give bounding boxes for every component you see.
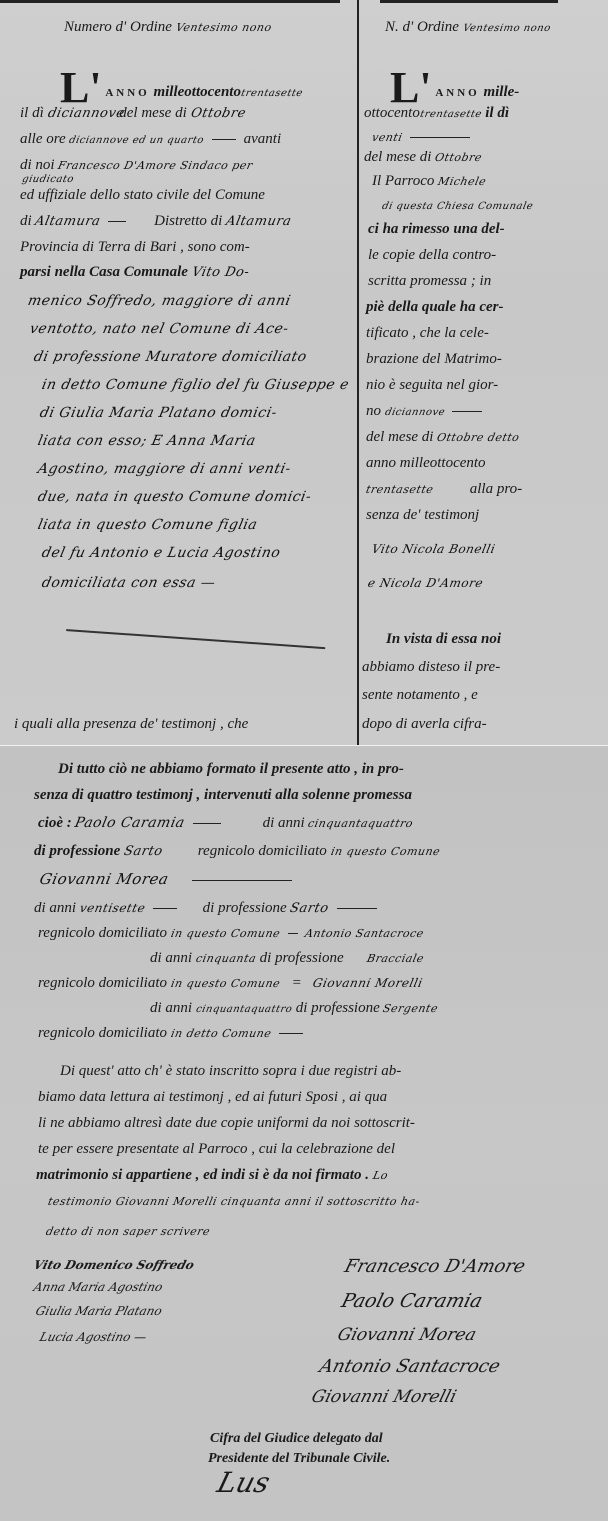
age-label: di anni bbox=[34, 900, 76, 916]
prof-label: di professione bbox=[203, 900, 287, 916]
district-hand: Altamura bbox=[224, 213, 293, 231]
vista-line-2: sente notamento , e bbox=[362, 686, 478, 704]
signature: Giovanni Morea bbox=[336, 1326, 479, 1344]
left-sig-0: Vito Domenico Soffredo bbox=[34, 1256, 194, 1274]
cifra-line-1: Cifra del Giudice delegato dal bbox=[210, 1430, 383, 1448]
body-hand-10: del fu Antonio e Lucia Agostino bbox=[42, 544, 280, 562]
day-label: il dì bbox=[20, 105, 44, 121]
left-sig-2: Giulia Maria Platano bbox=[36, 1302, 162, 1320]
witness-hand-2: e Nicola D'Amore bbox=[366, 574, 485, 592]
right-sig-4: Giovanni Morelli bbox=[312, 1388, 456, 1407]
note-line-3: detto di non saper scrivere bbox=[46, 1222, 210, 1241]
signature: Giulia Maria Platano bbox=[34, 1302, 165, 1320]
presenza-print: alla pro- bbox=[470, 481, 522, 497]
intro-line-1: Di tutto ciò ne abbiamo formato il prese… bbox=[58, 760, 404, 778]
right-print-text: scritta promessa ; in bbox=[368, 273, 491, 289]
testimoni-line: senza de' testimonj bbox=[366, 506, 479, 524]
prof-label: di professione bbox=[34, 843, 120, 859]
age-label: di anni bbox=[150, 950, 192, 966]
judge-signature: Lus bbox=[216, 1474, 272, 1492]
body-hand-text: liata con esso; E Anna Maria bbox=[36, 432, 257, 450]
dash bbox=[153, 908, 177, 909]
witness-hand-1-line: Vito Nicola Bonelli bbox=[372, 540, 495, 558]
witness-3-res: in questo Comune bbox=[169, 975, 282, 993]
witness-4-age: cinquantaquattro bbox=[194, 1001, 294, 1019]
witness-2-res: in questo Comune bbox=[169, 925, 282, 943]
right-print-line-3: piè della quale ha cer- bbox=[366, 298, 503, 316]
witness-4-res: in detto Comune bbox=[169, 1025, 273, 1043]
body-hand-3: di professione Muratore domiciliato bbox=[34, 348, 307, 366]
body-hand-text: di Giulia Maria Platano domici- bbox=[38, 404, 279, 422]
witness-hand-1: Vito Nicola Bonelli bbox=[370, 540, 497, 558]
witness-3-res-line: regnicolo domiciliato in questo Comune =… bbox=[38, 974, 423, 993]
dash bbox=[212, 139, 236, 140]
signature: Antonio Santacroce bbox=[318, 1358, 502, 1376]
witness-4-name: Giovanni Morelli bbox=[312, 974, 425, 992]
casa-line: parsi nella Casa Comunale Vito Do- bbox=[20, 263, 249, 282]
body-hand-11: domiciliata con essa — bbox=[42, 574, 215, 592]
right-print-line-5: brazione del Matrimo- bbox=[366, 350, 502, 368]
right-order-line: N. d' Ordine Ventesimo nono bbox=[385, 18, 550, 38]
left-sig-3: Lucia Agostino — bbox=[40, 1328, 146, 1346]
right-print-text: brazione del Matrimo- bbox=[366, 351, 502, 367]
witness-4-prof: Sergente bbox=[382, 1000, 441, 1018]
giorno-label: no bbox=[366, 403, 381, 419]
right-print-line-0: ci ha rimesso una del- bbox=[368, 220, 505, 238]
parroco-line: Il Parroco Michele bbox=[372, 172, 486, 191]
right-month-label: del mese di bbox=[364, 149, 431, 165]
note-hand-3: detto di non saper scrivere bbox=[44, 1223, 212, 1241]
left-sig-1: Anna Maria Agostino bbox=[34, 1278, 162, 1296]
body-hand-7: Agostino, maggiore di anni venti- bbox=[38, 460, 291, 478]
right-sig-2: Giovanni Morea bbox=[338, 1326, 476, 1345]
vista-text: abbiamo disteso il pre- bbox=[362, 659, 500, 675]
closing-print-right: dopo di averla cifra- bbox=[362, 716, 487, 732]
district-label: Distretto di bbox=[154, 213, 222, 229]
dash bbox=[337, 908, 377, 909]
equals-mark: = bbox=[292, 975, 302, 991]
order-label: Numero d' Ordine bbox=[64, 19, 172, 35]
dash bbox=[288, 933, 298, 934]
right-day-hand: venti bbox=[370, 129, 404, 147]
parroco-hand-2: di questa Chiesa Comunale bbox=[380, 198, 535, 216]
body-hand-9: liata in questo Comune figlia bbox=[38, 516, 257, 534]
anno-caps: ANNO bbox=[105, 87, 149, 99]
right-order-value: Ventesimo nono bbox=[461, 20, 552, 38]
witness-4-res-line: regnicolo domiciliato in detto Comune bbox=[38, 1024, 307, 1043]
note-line-2: testimonio Giovanni Morelli cinquanta an… bbox=[48, 1192, 420, 1211]
anno-line: anno milleottocento bbox=[366, 454, 486, 472]
body-hand-text: domiciliata con essa — bbox=[40, 574, 217, 592]
witness-1-prof-line: di professione Sarto regnicolo domicilia… bbox=[34, 842, 440, 861]
month2-hand: Ottobre detto bbox=[435, 429, 521, 447]
witness-1-line: cioè : Paolo Caramia di anni cinquantaqu… bbox=[38, 814, 413, 833]
reading-line-0: Di quest' atto ch' è stato inscritto sop… bbox=[60, 1062, 401, 1080]
right-sig-1: Paolo Caramia bbox=[342, 1292, 482, 1312]
month-hand: Ottobre bbox=[189, 105, 247, 123]
dash bbox=[452, 411, 482, 412]
witness-3-age-line: di anni cinquanta di professione Braccia… bbox=[150, 949, 424, 968]
dash bbox=[192, 880, 292, 881]
right-print-line-6: nio è seguita nel gior- bbox=[366, 376, 498, 394]
avanti-label: avanti bbox=[244, 131, 282, 147]
cifra-text: Presidente del Tribunale Civile. bbox=[208, 1451, 390, 1466]
witness-2-age-line: di anni ventisette di professione Sarto bbox=[34, 899, 381, 918]
testimoni-print: senza de' testimonj bbox=[366, 507, 479, 523]
vista-text: sente notamento , e bbox=[362, 687, 478, 703]
register-page-bottom: Di tutto ciò ne abbiamo formato il prese… bbox=[0, 746, 608, 1521]
witness-1-age: cinquantaquattro bbox=[307, 815, 416, 833]
column-divider bbox=[357, 0, 359, 745]
reading-text: te per essere presentate al Parroco , cu… bbox=[38, 1141, 395, 1157]
witness-1-res: in questo Comune bbox=[329, 843, 442, 861]
signature: Lucia Agostino — bbox=[38, 1328, 149, 1346]
reading-text: Di quest' atto ch' è stato inscritto sop… bbox=[60, 1063, 401, 1079]
witness-hand-2-line: e Nicola D'Amore bbox=[368, 574, 483, 592]
parroco-label: Il Parroco bbox=[372, 173, 434, 189]
province-print: Provincia di Terra di Bari , sono com- bbox=[20, 239, 250, 255]
body-hand-text: ventotto, nato nel Comune di Ace- bbox=[28, 320, 290, 338]
right-print-line-4: tificato , che la cele- bbox=[366, 324, 489, 342]
right-year-hand: trentasette bbox=[418, 106, 483, 124]
right-month-line: del mese di Ottobre bbox=[364, 148, 482, 167]
officer-hand: Francesco D'Amore Sindaco per bbox=[56, 157, 254, 175]
order-number-line: Numero d' Ordine Ventesimo nono bbox=[64, 18, 271, 37]
signature: Vito Domenico Soffredo bbox=[32, 1256, 197, 1274]
month2-label: del mese di bbox=[366, 429, 433, 445]
witness-2-age: ventisette bbox=[78, 899, 147, 917]
dash bbox=[279, 1033, 303, 1034]
witness-3-age: cinquanta bbox=[194, 950, 258, 968]
witness-2-prof: Sarto bbox=[288, 900, 330, 918]
hour-label: alle ore bbox=[20, 131, 66, 147]
signature: Paolo Caramia bbox=[340, 1292, 485, 1310]
parroco-hand: Michele bbox=[436, 173, 488, 191]
year-line: L' ANNO milleottocentotrentasette bbox=[60, 68, 303, 108]
body-hand-4: in detto Comune figlio del fu Giuseppe e bbox=[42, 376, 349, 394]
anno-hand: trentasette bbox=[364, 481, 468, 499]
right-print-text: tificato , che la cele- bbox=[366, 325, 489, 341]
right-print-text: piè della quale ha cer- bbox=[366, 299, 503, 315]
anno-print: anno milleottocento bbox=[366, 455, 486, 471]
witness-2-name: Giovanni Morea bbox=[38, 870, 170, 888]
cioe-label: cioè : bbox=[38, 815, 72, 831]
order-value: Ventesimo nono bbox=[174, 19, 273, 37]
body-hand-text: due, nata in questo Comune domici- bbox=[36, 488, 313, 506]
right-year-print-1: mille- bbox=[483, 84, 519, 100]
right-print-text: le copie della contro- bbox=[368, 247, 496, 263]
witness-4-age-line: di anni cinquantaquattro di professione … bbox=[150, 999, 438, 1019]
body-hand-text: menico Soffredo, maggiore di anni bbox=[26, 292, 292, 310]
month-label: del mese di bbox=[119, 105, 186, 121]
giorno-line: no diciannove bbox=[366, 402, 486, 422]
body-hand-text: Agostino, maggiore di anni venti- bbox=[36, 460, 293, 478]
dash bbox=[193, 823, 221, 824]
top-rule-right bbox=[380, 0, 558, 3]
age-label: di anni bbox=[150, 1000, 192, 1016]
day-line: il dì diciannove del mese di Ottobre bbox=[20, 104, 245, 123]
witness-3-prof: Bracciale bbox=[365, 950, 426, 968]
res-label: regnicolo domiciliato bbox=[38, 1025, 167, 1041]
reading-text: li ne abbiamo altresì date due copie uni… bbox=[38, 1115, 415, 1131]
signature: Francesco D'Amore bbox=[343, 1258, 527, 1276]
body-hand-text: liata in questo Comune figlia bbox=[36, 516, 259, 534]
vista-line-0: In vista di essa noi bbox=[386, 630, 501, 648]
closing-line-left: i quali alla presenza de' testimonj , ch… bbox=[14, 715, 248, 733]
note-hand-1: Lo bbox=[371, 1167, 390, 1185]
intro-line-2: senza di quattro testimonj , intervenuti… bbox=[34, 786, 412, 804]
groom-name-hand: Vito Do- bbox=[190, 264, 251, 282]
intro-text: senza di quattro testimonj , intervenuti… bbox=[34, 787, 412, 803]
right-month-hand: Ottobre bbox=[433, 149, 484, 167]
officer-print: ed uffiziale dello stato civile del Comu… bbox=[20, 187, 265, 203]
body-hand-1: menico Soffredo, maggiore di anni bbox=[28, 292, 291, 310]
intro-text: Di tutto ciò ne abbiamo formato il prese… bbox=[58, 761, 404, 777]
right-print-text: nio è seguita nel gior- bbox=[366, 377, 498, 393]
register-page-top: Numero d' Ordine Ventesimo nono L' ANNO … bbox=[0, 0, 608, 745]
right-sig-3: Antonio Santacroce bbox=[320, 1358, 499, 1377]
dash bbox=[410, 137, 470, 138]
hour-hand: diciannove ed un quarto bbox=[68, 132, 207, 150]
comune-line: di Altamura Distretto di Altamura bbox=[20, 212, 291, 231]
right-day-label: il dì bbox=[485, 105, 509, 121]
body-hand-6: liata con esso; E Anna Maria bbox=[38, 432, 256, 450]
reading-text: matrimonio si appartiene , ed indi si è … bbox=[36, 1167, 369, 1183]
res-label: regnicolo domiciliato bbox=[38, 925, 167, 941]
body-hand-2: ventotto, nato nel Comune di Ace- bbox=[30, 320, 289, 338]
age-label: di anni bbox=[263, 815, 305, 831]
comune-label: di bbox=[20, 213, 32, 229]
year-print: milleottocento bbox=[153, 84, 241, 100]
province-line: Provincia di Terra di Bari , sono com- bbox=[20, 238, 250, 256]
officer-print-line: ed uffiziale dello stato civile del Comu… bbox=[20, 186, 265, 204]
signature: Giovanni Morelli bbox=[310, 1388, 459, 1406]
witness-3-name: Antonio Santacroce bbox=[303, 925, 425, 943]
hour-line: alle ore diciannove ed un quarto avanti bbox=[20, 130, 281, 150]
month2-line: del mese di Ottobre detto bbox=[366, 428, 520, 447]
right-anno-caps: ANNO bbox=[435, 87, 479, 99]
right-sig-0: Francesco D'Amore bbox=[345, 1258, 525, 1277]
vista-text: In vista di essa noi bbox=[386, 631, 501, 647]
prof-label: di professione bbox=[260, 950, 344, 966]
dash bbox=[108, 221, 126, 222]
body-hand-text: in detto Comune figlio del fu Giuseppe e bbox=[40, 376, 351, 394]
res-label: regnicolo domiciliato bbox=[38, 975, 167, 991]
comune-hand: Altamura bbox=[34, 213, 103, 231]
year-hand: trentasette bbox=[239, 85, 304, 103]
body-hand-5: di Giulia Maria Platano domici- bbox=[40, 404, 277, 422]
body-hand-text: di professione Muratore domiciliato bbox=[32, 348, 308, 366]
witness-2-name-line: Giovanni Morea bbox=[40, 870, 296, 889]
closing-line-right: dopo di averla cifra- bbox=[362, 715, 487, 733]
note-hand-2: testimonio Giovanni Morelli cinquanta an… bbox=[46, 1193, 422, 1211]
witness-1-prof: Sarto bbox=[122, 843, 196, 861]
right-year-line-2: ottocentotrentasette il dì bbox=[364, 104, 509, 124]
giorno-hand: diciannove bbox=[383, 404, 447, 422]
prof-label: di professione bbox=[296, 1000, 380, 1016]
body-hand-text: del fu Antonio e Lucia Agostino bbox=[40, 544, 282, 562]
day-hand: diciannove bbox=[46, 105, 118, 123]
reading-line-2: li ne abbiamo altresì date due copie uni… bbox=[38, 1114, 415, 1132]
right-print-line-1: le copie della contro- bbox=[368, 246, 496, 264]
right-year-print-2: ottocento bbox=[364, 105, 420, 121]
right-print-line-2: scritta promessa ; in bbox=[368, 272, 491, 290]
reading-line-3: te per essere presentate al Parroco , cu… bbox=[38, 1140, 395, 1158]
right-order-label: N. d' Ordine bbox=[385, 19, 459, 35]
reading-line-1: biamo data lettura ai testimonj , ed ai … bbox=[38, 1088, 387, 1106]
cifra-sign-line: Lus bbox=[218, 1474, 269, 1497]
parroco-line-2: di questa Chiesa Comunale bbox=[382, 196, 533, 216]
body-hand-8: due, nata in questo Comune domici- bbox=[38, 488, 311, 506]
signature: Anna Maria Agostino bbox=[32, 1278, 165, 1296]
casa-print: parsi nella Casa Comunale bbox=[20, 264, 188, 280]
reading-text: biamo data lettura ai testimonj , ed ai … bbox=[38, 1089, 387, 1105]
witness-2-res-line: regnicolo domiciliato in questo Comune A… bbox=[38, 924, 424, 943]
top-rule-left bbox=[0, 0, 340, 3]
closing-print-left: i quali alla presenza de' testimonj , ch… bbox=[14, 716, 248, 732]
vista-line-1: abbiamo disteso il pre- bbox=[362, 658, 500, 676]
right-year-line: L' ANNO mille- bbox=[390, 68, 519, 108]
cifra-text: Cifra del Giudice delegato dal bbox=[210, 1431, 383, 1446]
reading-line-4: matrimonio si appartiene , ed indi si è … bbox=[36, 1166, 388, 1185]
right-print-text: ci ha rimesso una del- bbox=[368, 221, 505, 237]
closing-flourish bbox=[66, 629, 326, 649]
witness-1-name: Paolo Caramia bbox=[74, 814, 187, 832]
right-day-hand-line: venti bbox=[372, 128, 474, 147]
res-label: regnicolo domiciliato bbox=[198, 843, 327, 859]
anno-hand-line: trentasette alla pro- bbox=[366, 480, 522, 499]
